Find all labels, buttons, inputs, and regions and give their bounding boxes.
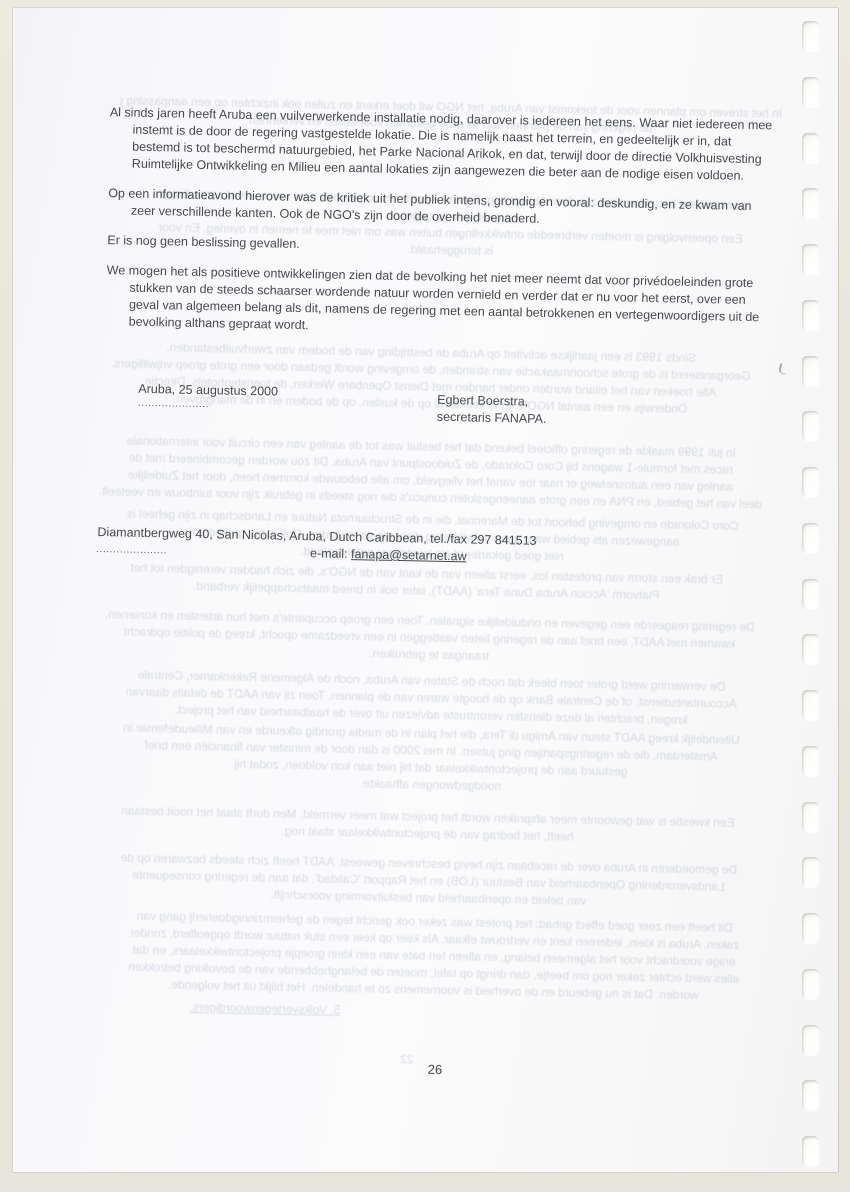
scan-content-layer: In het streven om plannen voor de toekom…: [0, 6, 840, 1186]
bleedthrough-block: De gemoederen in Aruba over de racebaan …: [65, 848, 792, 913]
bleedthrough-block: De regering reageerde een gegeven en ond…: [64, 605, 795, 670]
binding-hole: [802, 1025, 819, 1055]
binding-hole: [802, 77, 819, 107]
date-block: Aruba, 25 augustus 2000 ................…: [138, 381, 278, 413]
bleedthrough-block: 5. Volksvertegenwoordigers.: [170, 999, 360, 1020]
binding-hole: [802, 857, 819, 887]
binding-hole: [802, 411, 819, 441]
binding-hole: [802, 1136, 819, 1166]
binding-hole: [802, 523, 819, 553]
bleedthrough-page-number: 22: [400, 1052, 414, 1066]
email-line: e-mail: fanapa@setarnet.aw: [310, 545, 467, 565]
paragraph: Op een informatieavond hierover was de k…: [108, 185, 829, 233]
body-paragraphs: Al sinds jaren heeft Aruba een vuilverwe…: [105, 104, 830, 357]
bleedthrough-line: 5. Volksvertegenwoordigers.: [170, 999, 360, 1020]
binding-hole: [802, 188, 819, 218]
bleedthrough-block: Uiteindelijk kreeg AADT steun van Amigu …: [77, 719, 784, 801]
page-number: 26: [428, 1061, 443, 1078]
binding-hole: [802, 690, 819, 720]
binding-hole: [802, 802, 819, 832]
paragraph: Er is nog geen beslissing gevallen.: [107, 232, 827, 263]
binding-hole: [802, 467, 819, 497]
signatory-title: secretaris FANAPA.: [437, 409, 547, 428]
bleedthrough-block: Dit heeft een zeer goed effect gehad: he…: [65, 906, 803, 1005]
signature-block: Egbert Boerstra, secretaris FANAPA.: [437, 392, 547, 428]
bleedthrough-block: In juli 1999 maakte de regering officiee…: [64, 431, 797, 513]
scanner-background: In het streven om plannen voor de toekom…: [0, 0, 850, 1192]
paragraph: We mogen het als positieve ontwikkelinge…: [106, 262, 827, 344]
email-address: fanapa@setarnet.aw: [351, 547, 467, 563]
binding-hole: [802, 969, 819, 999]
bleedthrough-block: Een kwestie is wat gewoonte meer afsprak…: [80, 802, 775, 850]
email-label: e-mail:: [310, 546, 351, 561]
address-dotted-line: .....................: [96, 544, 167, 557]
binding-hole: [802, 21, 819, 51]
binding-hole: [802, 356, 819, 386]
binding-hole: [802, 300, 819, 330]
paragraph: Al sinds jaren heeft Aruba een vuilverwe…: [109, 104, 830, 186]
binding-hole: [802, 1080, 819, 1110]
binding-hole: [802, 913, 819, 943]
binding-hole: [802, 634, 819, 664]
binding-hole: [802, 746, 819, 776]
document-page: In het streven om plannen voor de toekom…: [13, 8, 838, 1172]
binding-hole: [802, 579, 819, 609]
binding-hole: [802, 133, 819, 163]
signatory-name: Egbert Boerstra,: [437, 392, 547, 411]
binding-hole: [802, 244, 819, 274]
paragraph-line: Er is nog geen beslissing gevallen.: [107, 232, 827, 263]
